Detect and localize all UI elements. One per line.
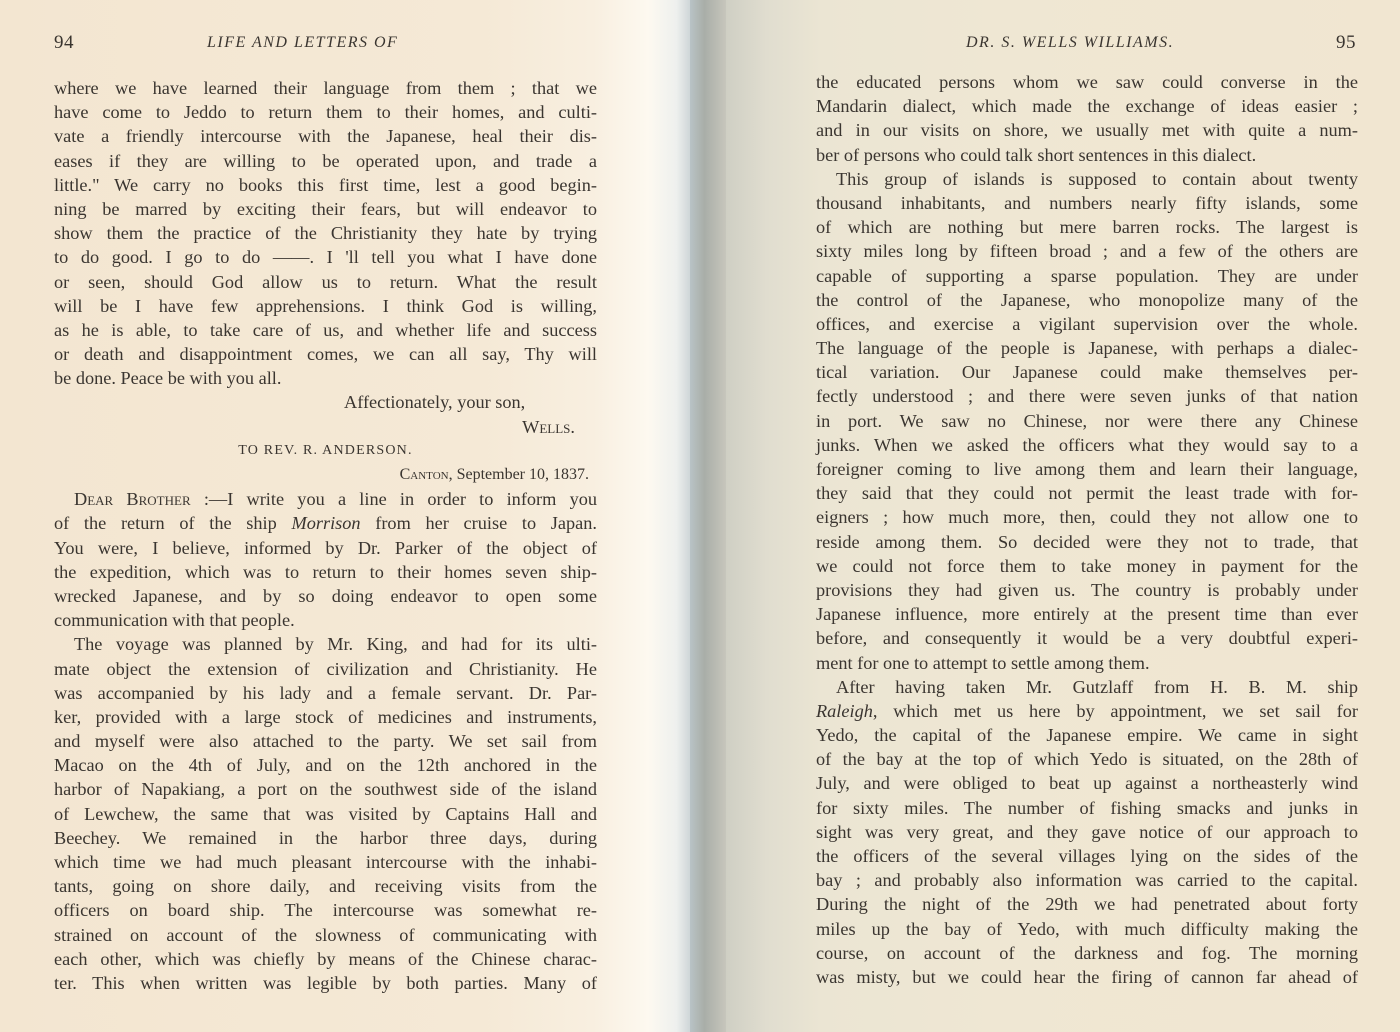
- text-line: foreigner coming to live among them and …: [816, 457, 1358, 481]
- text-line: Yedo, the capital of the Japanese empire…: [816, 723, 1358, 747]
- text-line: thousand inhabitants, and numbers nearly…: [816, 191, 1358, 215]
- letter-dateline: Canton, September 10, 1837.: [54, 463, 597, 487]
- text-line: each other, which was chiefly by means o…: [54, 947, 597, 971]
- letter-closing: Affectionately, your son,: [54, 390, 597, 414]
- text-span: of the return of the ship: [54, 513, 291, 533]
- text-line: reside among them. So decided were they …: [816, 530, 1358, 554]
- text-line: we could not force them to take money in…: [816, 554, 1358, 578]
- text-line: where we have learned their language fro…: [54, 76, 597, 100]
- text-line: the officers of the several villages lyi…: [816, 844, 1358, 868]
- book-spread: 94 LIFE AND LETTERS OF where we have lea…: [0, 0, 1400, 1032]
- salutation-rest: :—I write you a line in order to inform …: [191, 489, 597, 509]
- text-line: or death and disappointment comes, we ca…: [54, 342, 597, 366]
- text-line: tical variation. Our Japanese could make…: [816, 360, 1358, 384]
- text-line: Raleigh, which met us here by appointmen…: [816, 699, 1358, 723]
- text-line: they said that they could not permit the…: [816, 481, 1358, 505]
- text-line: bay ; and probably also information was …: [816, 868, 1358, 892]
- text-line: will be I have few apprehensions. I thin…: [54, 294, 597, 318]
- text-line: Japanese influence, more entirely at the…: [816, 602, 1358, 626]
- text-line: for sixty miles. The number of fishing s…: [816, 796, 1358, 820]
- left-page-body: where we have learned their language fro…: [54, 76, 597, 995]
- text-line: Macao on the 4th of July, and on the 12t…: [54, 753, 597, 777]
- text-line: This group of islands is supposed to con…: [816, 167, 1358, 191]
- text-line: strained on account of the slowness of c…: [54, 923, 597, 947]
- text-line: of which are nothing but mere barren roc…: [816, 215, 1358, 239]
- text-line: of the bay at the top of which Yedo is s…: [816, 747, 1358, 771]
- text-line: eases if they are willing to be operated…: [54, 149, 597, 173]
- text-line: the expedition, which was to return to t…: [54, 560, 597, 584]
- text-line: fectly understood ; and there were seven…: [816, 384, 1358, 408]
- text-line: of the return of the ship Morrison from …: [54, 511, 597, 535]
- book-gutter: [690, 0, 726, 1032]
- text-line: the educated persons whom we saw could c…: [816, 70, 1358, 94]
- text-line: to do good. I go to do ——. I 'll tell yo…: [54, 245, 597, 269]
- text-line: During the night of the 29th we had pene…: [816, 892, 1358, 916]
- ship-name: Raleigh: [816, 701, 873, 721]
- text-line: be done. Peace be with you all.: [54, 366, 597, 390]
- text-line: before, and consequently it would be a v…: [816, 626, 1358, 650]
- text-line: offices, and exercise a vigilant supervi…: [816, 312, 1358, 336]
- text-line: in port. We saw no Chinese, nor were the…: [816, 409, 1358, 433]
- text-line: After having taken Mr. Gutzlaff from H. …: [816, 675, 1358, 699]
- right-page-body: the educated persons whom we saw could c…: [816, 70, 1358, 989]
- text-line: miles up the bay of Yedo, with much diff…: [816, 917, 1358, 941]
- text-line: course, on account of the darkness and f…: [816, 941, 1358, 965]
- text-span: from her cruise to Japan.: [361, 513, 597, 533]
- text-line: which time we had much pleasant intercou…: [54, 850, 597, 874]
- text-line: capable of supporting a sparse populatio…: [816, 264, 1358, 288]
- text-line: show them the practice of the Christiani…: [54, 221, 597, 245]
- text-line: wrecked Japanese, and by so doing endeav…: [54, 584, 597, 608]
- text-line: was misty, but we could hear the firing …: [816, 965, 1358, 989]
- text-line: or seen, should God allow us to return. …: [54, 270, 597, 294]
- text-line: vate a friendly intercourse with the Jap…: [54, 124, 597, 148]
- text-line: eigners ; how much more, then, could the…: [816, 505, 1358, 529]
- salutation: Dear Brother: [74, 489, 191, 509]
- text-line: of Lewchew, the same that was visited by…: [54, 802, 597, 826]
- text-line: and myself were also attached to the par…: [54, 729, 597, 753]
- right-page: DR. S. WELLS WILLIAMS. 95 the educated p…: [726, 0, 1400, 1032]
- text-line: little." We carry no books this first ti…: [54, 173, 597, 197]
- letter-signature: Wells.: [54, 415, 597, 439]
- text-line: have come to Jeddo to return them to the…: [54, 100, 597, 124]
- text-line: ning be marred by exciting their fears, …: [54, 197, 597, 221]
- text-line: Mandarin dialect, which made the exchang…: [816, 94, 1358, 118]
- text-line: ker, provided with a large stock of medi…: [54, 705, 597, 729]
- text-line: as he is able, to take care of us, and w…: [54, 318, 597, 342]
- text-line: The language of the people is Japanese, …: [816, 336, 1358, 360]
- letter-heading: TO REV. R. ANDERSON.: [54, 439, 597, 463]
- text-line: officers on board ship. The intercourse …: [54, 898, 597, 922]
- text-line: junks. When we asked the officers what t…: [816, 433, 1358, 457]
- text-line: was accompanied by his lady and a female…: [54, 681, 597, 705]
- text-line: ment for one to attempt to settle among …: [816, 651, 1358, 675]
- text-line: ber of persons who could talk short sent…: [816, 143, 1358, 167]
- ship-name: Morrison: [291, 513, 360, 533]
- salutation-line: Dear Brother :—I write you a line in ord…: [54, 487, 597, 511]
- page-number-right: 95: [1336, 32, 1356, 54]
- page-number-left: 94: [54, 32, 74, 54]
- text-line: and in our visits on shore, we usually m…: [816, 118, 1358, 142]
- text-line: the control of the Japanese, who monopol…: [816, 288, 1358, 312]
- text-line: sixty miles long by fifteen broad ; and …: [816, 239, 1358, 263]
- text-line: mate object the extension of civilizatio…: [54, 657, 597, 681]
- text-line: provisions they had given us. The countr…: [816, 578, 1358, 602]
- running-head-left: LIFE AND LETTERS OF: [207, 34, 398, 52]
- text-line: The voyage was planned by Mr. King, and …: [54, 632, 597, 656]
- running-head-right: DR. S. WELLS WILLIAMS.: [966, 34, 1174, 52]
- text-line: ter. This when written was legible by bo…: [54, 971, 597, 995]
- text-line: communication with that people.: [54, 608, 597, 632]
- text-line: tants, going on shore daily, and receivi…: [54, 874, 597, 898]
- dateline-place: Canton: [400, 466, 449, 483]
- text-line: harbor of Napakiang, a port on the south…: [54, 777, 597, 801]
- text-line: You were, I believe, informed by Dr. Par…: [54, 536, 597, 560]
- left-page: 94 LIFE AND LETTERS OF where we have lea…: [0, 0, 690, 1032]
- text-line: July, and were obliged to beat up agains…: [816, 771, 1358, 795]
- dateline-date: , September 10, 1837.: [449, 466, 589, 483]
- text-span: , which met us here by appointment, we s…: [873, 701, 1358, 721]
- text-line: Beechey. We remained in the harbor three…: [54, 826, 597, 850]
- text-line: sight was very great, and they gave noti…: [816, 820, 1358, 844]
